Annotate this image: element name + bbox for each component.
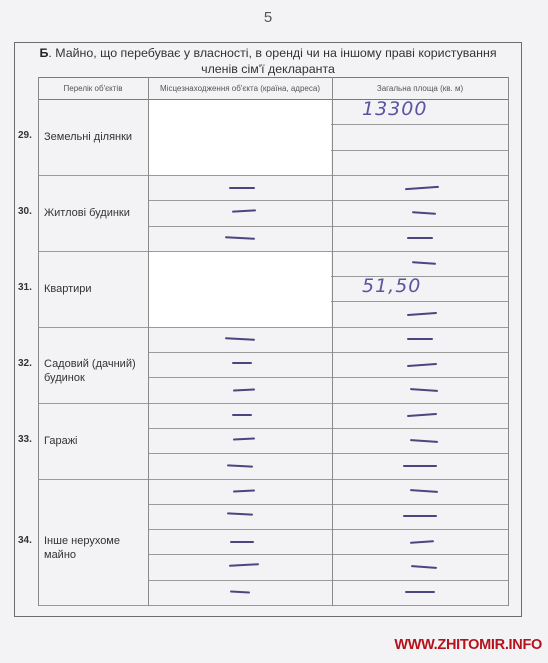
handwritten-dash <box>407 237 433 239</box>
handwritten-area-value: 13300 <box>362 98 427 120</box>
handwritten-dash <box>232 362 252 364</box>
section-title-line1: . Майно, що перебуває у власності, в оре… <box>48 46 496 60</box>
row-group-divider <box>38 479 508 480</box>
page-number: 5 <box>0 9 536 26</box>
column-header: Місцезнаходження об'єкта (країна, адреса… <box>148 78 332 99</box>
column-divider <box>508 77 509 606</box>
redacted-location <box>149 252 331 327</box>
handwritten-dash <box>232 414 252 416</box>
row-number: 34. <box>18 535 32 546</box>
row-number: 32. <box>18 358 32 369</box>
sub-row-divider <box>148 453 508 454</box>
handwritten-dash <box>403 515 437 517</box>
row-label: Інше нерухоме майно <box>44 534 144 562</box>
row-label: Земельні ділянки <box>44 130 144 144</box>
sub-row-divider <box>148 504 508 505</box>
handwritten-area-value: 51,50 <box>362 275 421 297</box>
handwritten-dash <box>230 541 254 543</box>
row-group-divider <box>38 175 508 176</box>
sub-row-divider <box>148 428 508 429</box>
column-header: Загальна площа (кв. м) <box>332 78 508 99</box>
row-number: 29. <box>18 130 32 141</box>
sub-row-divider <box>148 377 508 378</box>
section-title-line2: членів сім'ї декларанта <box>14 61 522 77</box>
handwritten-dash <box>405 591 435 593</box>
sub-row-divider <box>148 529 508 530</box>
sub-row-divider <box>148 580 508 581</box>
column-divider <box>332 77 333 606</box>
row-number: 33. <box>18 434 32 445</box>
sub-row-divider <box>148 226 508 227</box>
row-number: 31. <box>18 282 32 293</box>
sub-row-divider <box>148 554 508 555</box>
row-label: Житлові будинки <box>44 206 144 220</box>
watermark: WWW.ZHITOMIR.INFO <box>394 637 542 653</box>
sub-row-divider <box>148 352 508 353</box>
section-title: Б. Майно, що перебуває у власності, в ор… <box>14 45 522 77</box>
handwritten-dash <box>229 187 255 189</box>
row-group-divider <box>38 605 508 606</box>
row-label: Садовий (дачний) будинок <box>44 357 144 385</box>
sub-row-divider <box>148 200 508 201</box>
row-group-divider <box>38 403 508 404</box>
column-divider <box>148 77 149 606</box>
row-label: Гаражі <box>44 434 144 448</box>
column-header: Перелік об'єктів <box>38 78 148 99</box>
row-number: 30. <box>18 206 32 217</box>
row-group-divider <box>38 327 508 328</box>
redacted-location <box>149 100 331 175</box>
column-divider <box>38 77 39 606</box>
handwritten-dash <box>403 465 437 467</box>
row-label: Квартири <box>44 282 144 296</box>
handwritten-dash <box>407 338 433 340</box>
